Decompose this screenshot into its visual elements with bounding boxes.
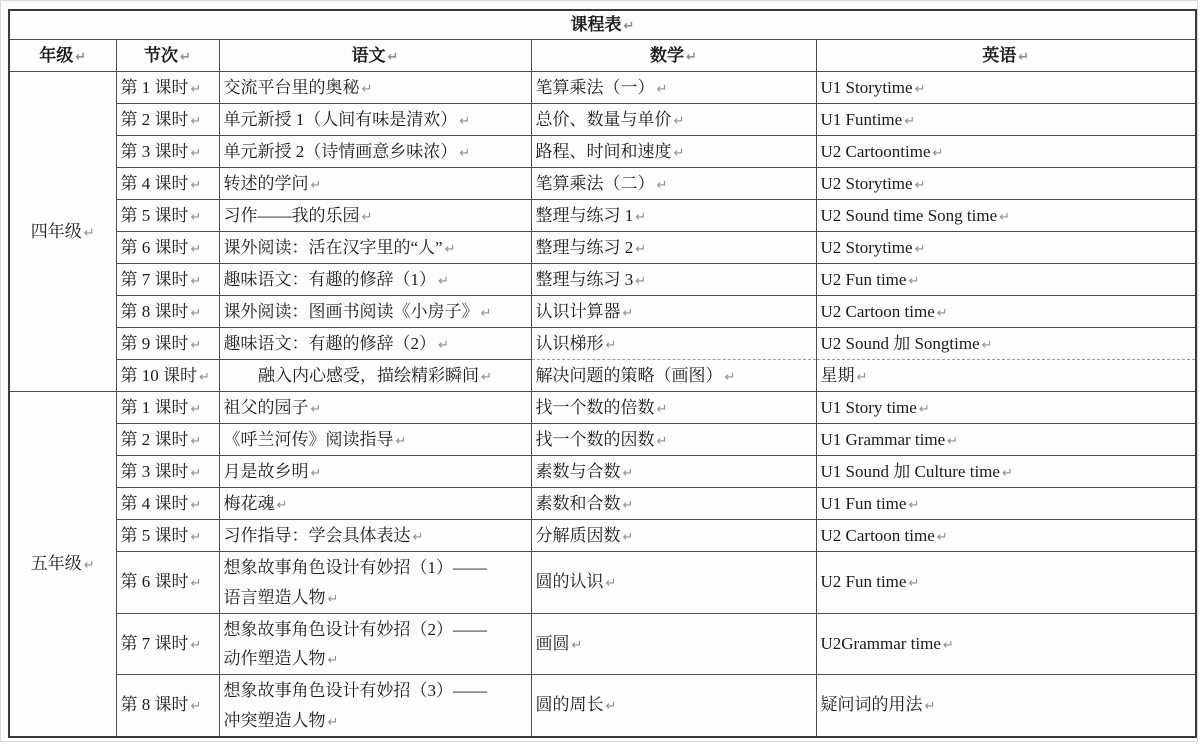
paragraph-mark-icon: ↵ bbox=[657, 82, 668, 97]
paragraph-mark-icon: ↵ bbox=[725, 370, 736, 385]
paragraph-mark-icon: ↵ bbox=[396, 434, 407, 449]
paragraph-mark-icon: ↵ bbox=[925, 699, 936, 714]
paragraph-mark-icon: ↵ bbox=[311, 178, 322, 193]
english-lesson-cell: U1 Funtime↵ bbox=[816, 104, 1196, 136]
paragraph-mark-icon: ↵ bbox=[943, 638, 954, 653]
paragraph-mark-icon: ↵ bbox=[328, 592, 339, 607]
math-lesson-cell: 路程、时间和速度↵ bbox=[531, 136, 816, 168]
period-label: 第 6 课时 bbox=[121, 572, 189, 591]
paragraph-mark-icon: ↵ bbox=[686, 50, 697, 65]
paragraph-mark-icon: ↵ bbox=[915, 242, 926, 257]
period-cell: 第 2 课时↵ bbox=[116, 424, 219, 456]
paragraph-mark-icon: ↵ bbox=[362, 210, 373, 225]
math-lesson-cell: 圆的周长↵ bbox=[531, 675, 816, 737]
math-lesson: 分解质因数 bbox=[536, 526, 621, 545]
math-lesson: 画圆 bbox=[536, 634, 570, 653]
english-lesson-cell: U1 Fun time↵ bbox=[816, 488, 1196, 520]
period-label: 第 5 课时 bbox=[121, 526, 189, 545]
math-lesson: 找一个数的因数 bbox=[536, 430, 655, 449]
paragraph-mark-icon: ↵ bbox=[191, 530, 202, 545]
math-lesson-cell: 素数与合数↵ bbox=[531, 456, 816, 488]
table-title-cell: 课程表↵ bbox=[9, 10, 1196, 40]
period-label: 第 8 课时 bbox=[121, 695, 189, 714]
paragraph-mark-icon: ↵ bbox=[191, 210, 202, 225]
math-lesson-cell: 分解质因数↵ bbox=[531, 520, 816, 552]
header-label: 语文 bbox=[352, 46, 386, 65]
chinese-lesson-cell: 交流平台里的奥秘↵ bbox=[219, 72, 531, 104]
chinese-lesson-cell: 想象故事角色设计有妙招（2）—— 动作塑造人物↵ bbox=[219, 613, 531, 674]
paragraph-mark-icon: ↵ bbox=[623, 498, 634, 513]
math-lesson-cell: 整理与练习 3↵ bbox=[531, 264, 816, 296]
period-cell: 第 1 课时↵ bbox=[116, 392, 219, 424]
paragraph-mark-icon: ↵ bbox=[1018, 50, 1029, 65]
course-schedule-table: 课程表↵ 年级↵ 节次↵ 语文↵ 数学↵ 英语↵ 四年级↵ 第 1 课时↵ 交流… bbox=[8, 9, 1197, 738]
chinese-lesson: 梅花魂 bbox=[224, 494, 275, 513]
paragraph-mark-icon: ↵ bbox=[606, 576, 617, 591]
english-lesson-cell: U1 Story time↵ bbox=[816, 392, 1196, 424]
table-row: 第 2 课时↵ 单元新授 1（人间有味是清欢）↵ 总价、数量与单价↵ U1 Fu… bbox=[9, 104, 1196, 136]
english-lesson-cell: U2 Fun time↵ bbox=[816, 552, 1196, 613]
paragraph-mark-icon: ↵ bbox=[857, 370, 868, 385]
column-header-period: 节次↵ bbox=[116, 40, 219, 72]
chinese-lesson-cell: 习作——我的乐园↵ bbox=[219, 200, 531, 232]
math-lesson: 笔算乘法（一） bbox=[536, 78, 655, 97]
math-lesson: 笔算乘法（二） bbox=[536, 174, 655, 193]
period-cell: 第 9 课时↵ bbox=[116, 328, 219, 360]
table-row: 第 2 课时↵ 《呼兰河传》阅读指导↵ 找一个数的因数↵ U1 Grammar … bbox=[9, 424, 1196, 456]
math-lesson: 路程、时间和速度 bbox=[536, 142, 672, 161]
period-cell: 第 7 课时↵ bbox=[116, 264, 219, 296]
paragraph-mark-icon: ↵ bbox=[191, 306, 202, 321]
paragraph-mark-icon: ↵ bbox=[438, 274, 449, 289]
paragraph-mark-icon: ↵ bbox=[191, 146, 202, 161]
paragraph-mark-icon: ↵ bbox=[191, 466, 202, 481]
chinese-lesson: 月是故乡明 bbox=[224, 462, 309, 481]
paragraph-mark-icon: ↵ bbox=[933, 146, 944, 161]
math-lesson-cell: 认识计算器↵ bbox=[531, 296, 816, 328]
english-lesson-cell: 星期↵ bbox=[816, 360, 1196, 392]
paragraph-mark-icon: ↵ bbox=[915, 82, 926, 97]
english-lesson-cell: U1 Sound 加 Culture time↵ bbox=[816, 456, 1196, 488]
paragraph-mark-icon: ↵ bbox=[191, 114, 202, 129]
paragraph-mark-icon: ↵ bbox=[191, 402, 202, 417]
math-lesson: 圆的认识 bbox=[536, 572, 604, 591]
paragraph-mark-icon: ↵ bbox=[481, 370, 492, 385]
paragraph-mark-icon: ↵ bbox=[624, 19, 635, 34]
title-row: 课程表↵ bbox=[9, 10, 1196, 40]
table-row: 第 4 课时↵ 转述的学问↵ 笔算乘法（二）↵ U2 Storytime↵ bbox=[9, 168, 1196, 200]
paragraph-mark-icon: ↵ bbox=[328, 653, 339, 668]
english-lesson-cell: U2 Fun time↵ bbox=[816, 264, 1196, 296]
english-lesson-cell: U1 Grammar time↵ bbox=[816, 424, 1196, 456]
chinese-lesson-cell: 祖父的园子↵ bbox=[219, 392, 531, 424]
english-lesson-cell: U2 Cartoontime↵ bbox=[816, 136, 1196, 168]
paragraph-mark-icon: ↵ bbox=[572, 638, 583, 653]
paragraph-mark-icon: ↵ bbox=[999, 210, 1010, 225]
table-row: 五年级↵ 第 1 课时↵ 祖父的园子↵ 找一个数的倍数↵ U1 Story ti… bbox=[9, 392, 1196, 424]
english-lesson-cell: U2 Storytime↵ bbox=[816, 168, 1196, 200]
paragraph-mark-icon: ↵ bbox=[311, 402, 322, 417]
paragraph-mark-icon: ↵ bbox=[904, 114, 915, 129]
chinese-lesson: 单元新授 1（人间有味是清欢） bbox=[224, 110, 458, 129]
chinese-lesson-cell: 想象故事角色设计有妙招（3）—— 冲突塑造人物↵ bbox=[219, 675, 531, 737]
math-lesson: 整理与练习 3 bbox=[536, 270, 634, 289]
paragraph-mark-icon: ↵ bbox=[191, 638, 202, 653]
paragraph-mark-icon: ↵ bbox=[191, 699, 202, 714]
column-header-math: 数学↵ bbox=[531, 40, 816, 72]
math-lesson-cell: 画圆↵ bbox=[531, 613, 816, 674]
table-row: 第 6 课时↵ 课外阅读：活在汉字里的“人”↵ 整理与练习 2↵ U2 Stor… bbox=[9, 232, 1196, 264]
chinese-lesson-cell: 单元新授 1（人间有味是清欢）↵ bbox=[219, 104, 531, 136]
paragraph-mark-icon: ↵ bbox=[191, 576, 202, 591]
table-row: 第 8 课时↵ 课外阅读：图画书阅读《小房子》↵ 认识计算器↵ U2 Carto… bbox=[9, 296, 1196, 328]
paragraph-mark-icon: ↵ bbox=[908, 576, 919, 591]
english-lesson: U2 Storytime bbox=[821, 174, 913, 193]
paragraph-mark-icon: ↵ bbox=[84, 558, 95, 573]
grade-5-cell: 五年级↵ bbox=[9, 392, 116, 737]
paragraph-mark-icon: ↵ bbox=[481, 306, 492, 321]
english-lesson: U2 Cartoon time bbox=[821, 302, 935, 321]
math-lesson: 解决问题的策略（画图） bbox=[536, 366, 723, 385]
paragraph-mark-icon: ↵ bbox=[459, 114, 470, 129]
grade-label: 五年级 bbox=[31, 554, 82, 573]
table-row: 第 9 课时↵ 趣味语文：有趣的修辞（2）↵ 认识梯形↵ U2 Sound 加 … bbox=[9, 328, 1196, 360]
paragraph-mark-icon: ↵ bbox=[623, 306, 634, 321]
period-label: 第 8 课时 bbox=[121, 302, 189, 321]
chinese-lesson-cell: 梅花魂↵ bbox=[219, 488, 531, 520]
paragraph-mark-icon: ↵ bbox=[311, 466, 322, 481]
paragraph-mark-icon: ↵ bbox=[328, 715, 339, 730]
table-row: 第 5 课时↵ 习作指导：学会具体表达↵ 分解质因数↵ U2 Cartoon t… bbox=[9, 520, 1196, 552]
math-lesson: 素数与合数 bbox=[536, 462, 621, 481]
table-row: 第 7 课时↵ 想象故事角色设计有妙招（2）—— 动作塑造人物↵ 画圆↵ U2G… bbox=[9, 613, 1196, 674]
table-row: 第 6 课时↵ 想象故事角色设计有妙招（1）—— 语言塑造人物↵ 圆的认识↵ U… bbox=[9, 552, 1196, 613]
period-cell: 第 6 课时↵ bbox=[116, 232, 219, 264]
paragraph-mark-icon: ↵ bbox=[657, 402, 668, 417]
english-lesson: 星期 bbox=[821, 366, 855, 385]
english-lesson-cell: U2 Sound 加 Songtime↵ bbox=[816, 328, 1196, 360]
chinese-lesson-cell: 趣味语文：有趣的修辞（1）↵ bbox=[219, 264, 531, 296]
math-lesson-cell: 素数和合数↵ bbox=[531, 488, 816, 520]
chinese-lesson: 想象故事角色设计有妙招（2）—— 动作塑造人物 bbox=[224, 620, 488, 668]
period-cell: 第 3 课时↵ bbox=[116, 456, 219, 488]
period-label: 第 6 课时 bbox=[121, 238, 189, 257]
table-row: 第 4 课时↵ 梅花魂↵ 素数和合数↵ U1 Fun time↵ bbox=[9, 488, 1196, 520]
math-lesson-cell: 整理与练习 2↵ bbox=[531, 232, 816, 264]
paragraph-mark-icon: ↵ bbox=[75, 50, 86, 65]
paragraph-mark-icon: ↵ bbox=[937, 530, 948, 545]
chinese-lesson: 想象故事角色设计有妙招（3）—— 冲突塑造人物 bbox=[224, 681, 488, 729]
paragraph-mark-icon: ↵ bbox=[623, 466, 634, 481]
paragraph-mark-icon: ↵ bbox=[277, 498, 288, 513]
paragraph-mark-icon: ↵ bbox=[674, 114, 685, 129]
chinese-lesson-cell: 趣味语文：有趣的修辞（2）↵ bbox=[219, 328, 531, 360]
math-lesson: 整理与练习 1 bbox=[536, 206, 634, 225]
math-lesson-cell: 整理与练习 1↵ bbox=[531, 200, 816, 232]
table-row: 四年级↵ 第 1 课时↵ 交流平台里的奥秘↵ 笔算乘法（一）↵ U1 Story… bbox=[9, 72, 1196, 104]
paragraph-mark-icon: ↵ bbox=[438, 338, 449, 353]
table-row: 第 10 课时↵ 融入内心感受，描绘精彩瞬间↵ 解决问题的策略（画图）↵ 星期↵ bbox=[9, 360, 1196, 392]
math-lesson: 圆的周长 bbox=[536, 695, 604, 714]
math-lesson-cell: 找一个数的倍数↵ bbox=[531, 392, 816, 424]
paragraph-mark-icon: ↵ bbox=[1002, 466, 1013, 481]
period-cell: 第 5 课时↵ bbox=[116, 520, 219, 552]
paragraph-mark-icon: ↵ bbox=[413, 530, 424, 545]
chinese-lesson-cell: 想象故事角色设计有妙招（1）—— 语言塑造人物↵ bbox=[219, 552, 531, 613]
paragraph-mark-icon: ↵ bbox=[947, 434, 958, 449]
math-lesson-cell: 找一个数的因数↵ bbox=[531, 424, 816, 456]
period-label: 第 1 课时 bbox=[121, 78, 189, 97]
english-lesson-cell: U2 Storytime↵ bbox=[816, 232, 1196, 264]
header-row: 年级↵ 节次↵ 语文↵ 数学↵ 英语↵ bbox=[9, 40, 1196, 72]
chinese-lesson: 交流平台里的奥秘 bbox=[224, 78, 360, 97]
table-row: 第 3 课时↵ 单元新授 2（诗情画意乡味浓）↵ 路程、时间和速度↵ U2 Ca… bbox=[9, 136, 1196, 168]
english-lesson: U2 Storytime bbox=[821, 238, 913, 257]
paragraph-mark-icon: ↵ bbox=[982, 338, 993, 353]
period-label: 第 1 课时 bbox=[121, 398, 189, 417]
paragraph-mark-icon: ↵ bbox=[445, 242, 456, 257]
english-lesson: U2Grammar time bbox=[821, 634, 941, 653]
chinese-lesson-cell: 单元新授 2（诗情画意乡味浓）↵ bbox=[219, 136, 531, 168]
column-header-chinese: 语文↵ bbox=[219, 40, 531, 72]
paragraph-mark-icon: ↵ bbox=[606, 338, 617, 353]
chinese-lesson-cell: 《呼兰河传》阅读指导↵ bbox=[219, 424, 531, 456]
english-lesson: U1 Storytime bbox=[821, 78, 913, 97]
period-label: 第 4 课时 bbox=[121, 174, 189, 193]
chinese-lesson-cell: 课外阅读：图画书阅读《小房子》↵ bbox=[219, 296, 531, 328]
chinese-lesson: 课外阅读：活在汉字里的“人” bbox=[224, 238, 443, 257]
paragraph-mark-icon: ↵ bbox=[191, 242, 202, 257]
chinese-lesson-cell: 课外阅读：活在汉字里的“人”↵ bbox=[219, 232, 531, 264]
math-lesson: 整理与练习 2 bbox=[536, 238, 634, 257]
chinese-lesson: 习作指导：学会具体表达 bbox=[224, 526, 411, 545]
paragraph-mark-icon: ↵ bbox=[908, 498, 919, 513]
table-row: 第 7 课时↵ 趣味语文：有趣的修辞（1）↵ 整理与练习 3↵ U2 Fun t… bbox=[9, 264, 1196, 296]
math-lesson-cell: 圆的认识↵ bbox=[531, 552, 816, 613]
paragraph-mark-icon: ↵ bbox=[191, 434, 202, 449]
document-page: 课程表↵ 年级↵ 节次↵ 语文↵ 数学↵ 英语↵ 四年级↵ 第 1 课时↵ 交流… bbox=[0, 0, 1198, 742]
table-title: 课程表 bbox=[571, 15, 622, 34]
english-lesson: U1 Grammar time bbox=[821, 430, 946, 449]
paragraph-mark-icon: ↵ bbox=[635, 274, 646, 289]
period-cell: 第 10 课时↵ bbox=[116, 360, 219, 392]
math-lesson-cell: 笔算乘法（一）↵ bbox=[531, 72, 816, 104]
table-row: 第 5 课时↵ 习作——我的乐园↵ 整理与练习 1↵ U2 Sound time… bbox=[9, 200, 1196, 232]
english-lesson-cell: U2 Sound time Song time↵ bbox=[816, 200, 1196, 232]
paragraph-mark-icon: ↵ bbox=[199, 370, 210, 385]
period-cell: 第 5 课时↵ bbox=[116, 200, 219, 232]
table-row: 第 3 课时↵ 月是故乡明↵ 素数与合数↵ U1 Sound 加 Culture… bbox=[9, 456, 1196, 488]
math-lesson: 找一个数的倍数 bbox=[536, 398, 655, 417]
column-header-grade: 年级↵ bbox=[9, 40, 116, 72]
period-cell: 第 6 课时↵ bbox=[116, 552, 219, 613]
period-label: 第 4 课时 bbox=[121, 494, 189, 513]
math-lesson-cell: 认识梯形↵ bbox=[531, 328, 816, 360]
paragraph-mark-icon: ↵ bbox=[388, 50, 399, 65]
header-label: 数学 bbox=[650, 46, 684, 65]
english-lesson-cell: U2Grammar time↵ bbox=[816, 613, 1196, 674]
paragraph-mark-icon: ↵ bbox=[191, 178, 202, 193]
chinese-lesson: 融入内心感受，描绘精彩瞬间 bbox=[258, 366, 479, 385]
paragraph-mark-icon: ↵ bbox=[635, 210, 646, 225]
paragraph-mark-icon: ↵ bbox=[191, 274, 202, 289]
paragraph-mark-icon: ↵ bbox=[908, 274, 919, 289]
period-label: 第 10 课时 bbox=[121, 366, 198, 385]
english-lesson: 疑问词的用法 bbox=[821, 695, 923, 714]
period-label: 第 2 课时 bbox=[121, 430, 189, 449]
paragraph-mark-icon: ↵ bbox=[459, 146, 470, 161]
grade-4-cell: 四年级↵ bbox=[9, 72, 116, 392]
english-lesson: U2 Fun time bbox=[821, 270, 907, 289]
english-lesson: U2 Sound time Song time bbox=[821, 206, 998, 225]
chinese-lesson-cell: 月是故乡明↵ bbox=[219, 456, 531, 488]
english-lesson: U1 Funtime bbox=[821, 110, 903, 129]
paragraph-mark-icon: ↵ bbox=[635, 242, 646, 257]
english-lesson-cell: U2 Cartoon time↵ bbox=[816, 520, 1196, 552]
period-cell: 第 3 课时↵ bbox=[116, 136, 219, 168]
paragraph-mark-icon: ↵ bbox=[191, 498, 202, 513]
english-lesson: U1 Sound 加 Culture time bbox=[821, 462, 1000, 481]
paragraph-mark-icon: ↵ bbox=[362, 82, 373, 97]
english-lesson-cell: U2 Cartoon time↵ bbox=[816, 296, 1196, 328]
paragraph-mark-icon: ↵ bbox=[937, 306, 948, 321]
math-lesson: 素数和合数 bbox=[536, 494, 621, 513]
chinese-lesson: 《呼兰河传》阅读指导 bbox=[224, 430, 394, 449]
period-cell: 第 4 课时↵ bbox=[116, 488, 219, 520]
english-lesson-cell: 疑问词的用法↵ bbox=[816, 675, 1196, 737]
paragraph-mark-icon: ↵ bbox=[657, 434, 668, 449]
chinese-lesson: 想象故事角色设计有妙招（1）—— 语言塑造人物 bbox=[224, 558, 488, 606]
header-label: 英语 bbox=[982, 46, 1016, 65]
paragraph-mark-icon: ↵ bbox=[674, 146, 685, 161]
period-cell: 第 1 课时↵ bbox=[116, 72, 219, 104]
paragraph-mark-icon: ↵ bbox=[180, 50, 191, 65]
period-cell: 第 2 课时↵ bbox=[116, 104, 219, 136]
english-lesson: U1 Fun time bbox=[821, 494, 907, 513]
period-label: 第 7 课时 bbox=[121, 634, 189, 653]
period-label: 第 3 课时 bbox=[121, 462, 189, 481]
chinese-lesson: 趣味语文：有趣的修辞（2） bbox=[224, 334, 437, 353]
math-lesson: 认识计算器 bbox=[536, 302, 621, 321]
english-lesson: U2 Sound 加 Songtime bbox=[821, 334, 980, 353]
grade-label: 四年级 bbox=[31, 222, 82, 241]
math-lesson: 认识梯形 bbox=[536, 334, 604, 353]
chinese-lesson: 趣味语文：有趣的修辞（1） bbox=[224, 270, 437, 289]
chinese-lesson: 祖父的园子 bbox=[224, 398, 309, 417]
period-cell: 第 8 课时↵ bbox=[116, 675, 219, 737]
chinese-lesson-cell: 习作指导：学会具体表达↵ bbox=[219, 520, 531, 552]
chinese-lesson: 转述的学问 bbox=[224, 174, 309, 193]
column-header-english: 英语↵ bbox=[816, 40, 1196, 72]
english-lesson: U1 Story time bbox=[821, 398, 917, 417]
period-label: 第 9 课时 bbox=[121, 334, 189, 353]
math-lesson-cell: 总价、数量与单价↵ bbox=[531, 104, 816, 136]
paragraph-mark-icon: ↵ bbox=[919, 402, 930, 417]
chinese-lesson-cell: 转述的学问↵ bbox=[219, 168, 531, 200]
paragraph-mark-icon: ↵ bbox=[657, 178, 668, 193]
chinese-lesson: 课外阅读：图画书阅读《小房子》 bbox=[224, 302, 479, 321]
math-lesson: 总价、数量与单价 bbox=[536, 110, 672, 129]
table-row: 第 8 课时↵ 想象故事角色设计有妙招（3）—— 冲突塑造人物↵ 圆的周长↵ 疑… bbox=[9, 675, 1196, 737]
math-lesson-cell: 解决问题的策略（画图）↵ bbox=[531, 360, 816, 392]
paragraph-mark-icon: ↵ bbox=[606, 699, 617, 714]
english-lesson: U2 Fun time bbox=[821, 572, 907, 591]
period-label: 第 5 课时 bbox=[121, 206, 189, 225]
chinese-lesson: 习作——我的乐园 bbox=[224, 206, 360, 225]
period-label: 第 7 课时 bbox=[121, 270, 189, 289]
period-cell: 第 7 课时↵ bbox=[116, 613, 219, 674]
paragraph-mark-icon: ↵ bbox=[191, 338, 202, 353]
period-cell: 第 4 课时↵ bbox=[116, 168, 219, 200]
chinese-lesson: 单元新授 2（诗情画意乡味浓） bbox=[224, 142, 458, 161]
math-lesson-cell: 笔算乘法（二）↵ bbox=[531, 168, 816, 200]
period-cell: 第 8 课时↵ bbox=[116, 296, 219, 328]
english-lesson: U2 Cartoon time bbox=[821, 526, 935, 545]
paragraph-mark-icon: ↵ bbox=[84, 226, 95, 241]
english-lesson-cell: U1 Storytime↵ bbox=[816, 72, 1196, 104]
header-label: 节次 bbox=[144, 46, 178, 65]
period-label: 第 2 课时 bbox=[121, 110, 189, 129]
paragraph-mark-icon: ↵ bbox=[623, 530, 634, 545]
english-lesson: U2 Cartoontime bbox=[821, 142, 931, 161]
period-label: 第 3 课时 bbox=[121, 142, 189, 161]
paragraph-mark-icon: ↵ bbox=[191, 82, 202, 97]
header-label: 年级 bbox=[39, 46, 73, 65]
paragraph-mark-icon: ↵ bbox=[915, 178, 926, 193]
chinese-lesson-cell: 融入内心感受，描绘精彩瞬间↵ bbox=[219, 360, 531, 392]
